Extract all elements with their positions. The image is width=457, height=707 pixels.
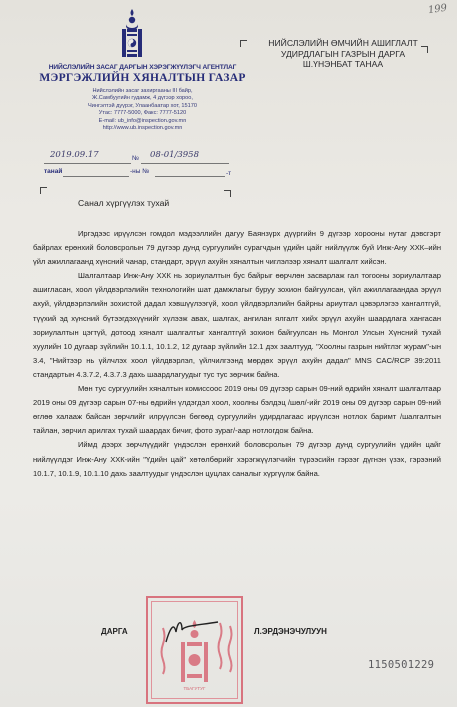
org-subtitle: НИЙСЛЭЛИЙН ЗАСАГ ДАРГЫН ХЭРЭГЖҮҮЛЭГЧ АГЕ…	[30, 64, 255, 71]
address-line: Чингэлтэй дүүрэг, Улаанбаатар хот, 15170	[30, 103, 255, 110]
soyombo-emblem-icon	[121, 8, 143, 60]
recipient-name: Ш.ҮНЭНБАТ ТАНАА	[248, 59, 438, 70]
recipient-line: УДИРДЛАГЫН ГАЗРЫН ДАРГА	[248, 49, 438, 60]
handwritten-date: 2019.09.17	[50, 150, 99, 160]
suffix-label: -т	[226, 170, 231, 177]
address-website: http://www.ub.inspection.gov.mn	[30, 125, 255, 132]
body-paragraph: Иймд дээрх зөрчлүүдийг үндэслэн ерөнхий …	[33, 438, 441, 480]
signatory-title: ДАРГА	[101, 627, 128, 636]
number-label: №	[132, 155, 139, 162]
your-number-label: -ны №	[130, 168, 149, 175]
number-line	[141, 163, 229, 164]
letter-page: 199 НИЙСЛЭЛИЙН ЗАСАГ ДАРГЫН ХЭРЭГЖҮҮЛЭГЧ…	[0, 0, 457, 707]
official-stamp: ТБАГУТУГ	[146, 596, 243, 704]
page-number: 199	[427, 3, 447, 17]
your-label: танай	[44, 168, 62, 175]
recipient-block: НИЙСЛЭЛИЙН ӨМЧИЙН АШИГЛАЛТ УДИРДЛАГЫН ГА…	[248, 38, 438, 70]
letter-body: Иргэдээс ирүүлсэн гомдол мэдээллийн дагу…	[33, 227, 441, 481]
body-paragraph: Иргэдээс ирүүлсэн гомдол мэдээллийн дагу…	[33, 227, 441, 269]
recipient-line: НИЙСЛЭЛИЙН ӨМЧИЙН АШИГЛАЛТ	[248, 38, 438, 49]
org-name: МЭРГЭЖЛИЙН ХЯНАЛТЫН ГАЗАР	[30, 72, 255, 84]
document-id: 1150501229	[368, 659, 434, 671]
signatory-name: Л.ЭРДЭНЭЧУЛУУН	[254, 627, 327, 636]
body-paragraph: Мөн тус сургуулийн хяналтын комиссоос 20…	[33, 382, 441, 438]
corner-bracket	[224, 190, 231, 197]
handwritten-number: 08-01/3958	[150, 150, 199, 160]
date-line	[44, 163, 131, 164]
address-line: Ж.Самбуугийн гудамж, 4 дүгээр хороо,	[30, 95, 255, 102]
corner-bracket	[240, 40, 247, 47]
corner-bracket	[40, 187, 47, 194]
your-date-line	[63, 176, 129, 177]
address-phone: Утас: 7777-5000, Факс: 7777-5120	[30, 110, 255, 117]
stamp-label: ТБАГУТУГ	[148, 686, 241, 691]
body-paragraph: Шалгалтаар Инж-Ану ХХК нь зориулалтын бу…	[33, 269, 441, 382]
org-address: Нийслэлийн засаг захиргааны III байр, Ж.…	[30, 88, 255, 132]
your-number-line	[155, 176, 225, 177]
address-email: E-mail: ub_info@inspection.gov.mn	[30, 118, 255, 125]
subject-line: Санал хүргүүлэх тухай	[78, 198, 169, 208]
